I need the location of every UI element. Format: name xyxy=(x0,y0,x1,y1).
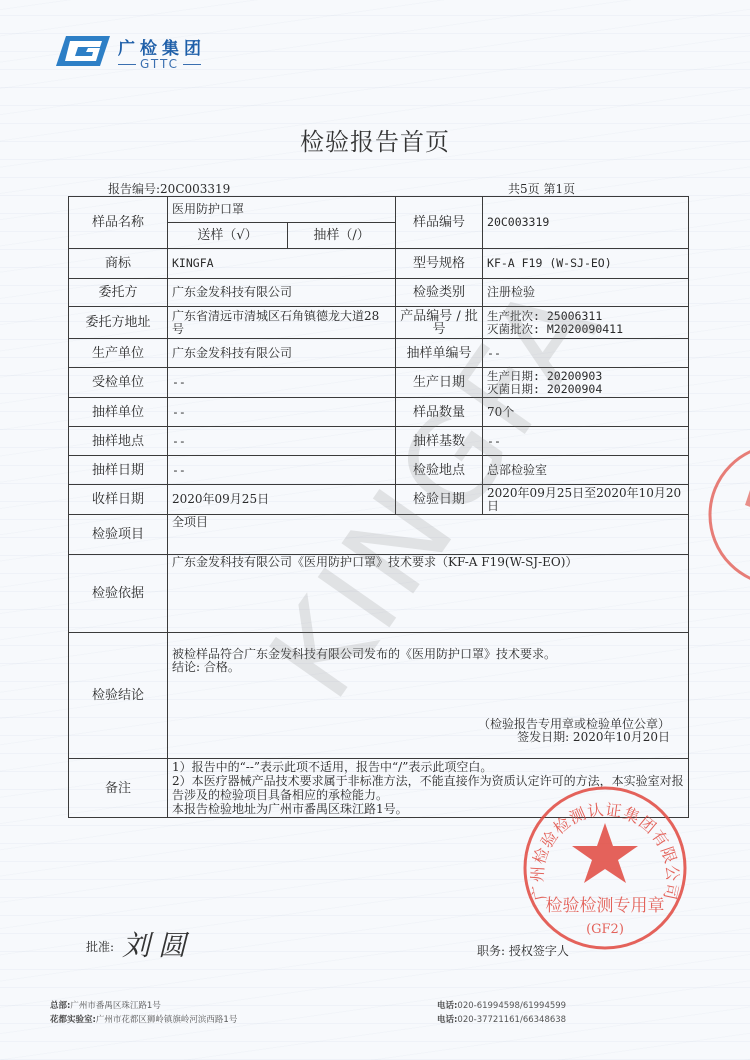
lab-tel-label: 电话: xyxy=(437,1015,457,1025)
lab-label: 花都实验室: xyxy=(50,1015,96,1025)
production-date-value: 生产日期: 20200903 灭菌日期: 20200904 xyxy=(483,368,689,398)
items-value: 全项目 xyxy=(168,515,689,555)
hq-tel: 020-61994598/61994599 xyxy=(457,1001,566,1011)
receive-date-label: 收样日期 xyxy=(69,485,168,515)
inspection-date-label: 检验日期 xyxy=(396,485,483,515)
trademark-value: KINGFA xyxy=(168,249,396,279)
partial-seal-stamp xyxy=(700,440,750,590)
sampling-place-value: -- xyxy=(168,427,396,456)
logo-chinese-name: 广检集团 xyxy=(118,34,206,59)
client-address-value: 广东省清远市清城区石角镇德龙大道28号 xyxy=(168,307,396,339)
hq-address: 广州市番禺区珠江路1号 xyxy=(70,1001,160,1011)
svg-text:(GF2): (GF2) xyxy=(586,922,624,937)
sample-no-label: 样品编号 xyxy=(396,197,483,249)
issue-date: 签发日期: 2020年10月20日 xyxy=(172,731,684,744)
footer-addresses: 总部:广州市番禺区珠江路1号 花都实验室:广州市花都区狮岭镇旗岭河滨西路1号 xyxy=(50,999,237,1027)
production-date-label: 生产日期 xyxy=(396,368,483,398)
gttc-logo: 广检集团 GTTC xyxy=(56,32,226,76)
model-label: 型号规格 xyxy=(396,249,483,279)
inspection-type-value: 注册检验 xyxy=(483,279,689,307)
sample-qty-value: 70个 xyxy=(483,398,689,427)
sampling-base-value: -- xyxy=(483,427,689,456)
client-value: 广东金发科技有限公司 xyxy=(168,279,396,307)
remark-item: 1）报告中的“--”表示此项不适用，报告中“/”表示此项空白。 xyxy=(172,760,684,774)
client-address-label: 委托方地址 xyxy=(69,307,168,339)
send-sample-option: 送样（√） xyxy=(168,223,288,249)
sampling-date-value: -- xyxy=(168,456,396,485)
seal-note: （检验报告专用章或检验单位公章） xyxy=(172,718,684,731)
sampling-place-label: 抽样地点 xyxy=(69,427,168,456)
signer-position: 职务: 授权签字人 xyxy=(477,942,569,959)
approve-label: 批准: xyxy=(86,938,114,955)
sampling-unit-value: -- xyxy=(168,398,396,427)
manufacturer-value: 广东金发科技有限公司 xyxy=(168,339,396,368)
inspection-type-label: 检验类别 xyxy=(396,279,483,307)
sample-qty-label: 样品数量 xyxy=(396,398,483,427)
report-table: 样品名称 医用防护口罩 样品编号 20C003319 送样（√） 抽样（/） 商… xyxy=(68,196,689,818)
sterilization-date: 灭菌日期: 20200904 xyxy=(487,383,684,396)
gttc-logo-icon xyxy=(56,34,110,68)
sample-no-value: 20C003319 xyxy=(483,197,689,249)
conclusion-value: 被检样品符合广东金发科技有限公司发布的《医用防护口罩》技术要求。 结论: 合格。… xyxy=(168,633,689,759)
inspection-place-value: 总部检验室 xyxy=(483,456,689,485)
sampling-no-value: -- xyxy=(483,339,689,368)
page-title: 检验报告首页 xyxy=(0,122,750,157)
model-value: KF-A F19 (W-SJ-EO) xyxy=(483,249,689,279)
svg-text:检验检测专用章: 检验检测专用章 xyxy=(546,895,665,916)
trademark-label: 商标 xyxy=(69,249,168,279)
draw-sample-option: 抽样（/） xyxy=(288,223,396,249)
batch-value: 生产批次: 25006311 灭菌批次: M2020090411 xyxy=(483,307,689,339)
sample-name-value: 医用防护口罩 xyxy=(168,197,396,223)
hq-tel-label: 电话: xyxy=(437,1001,457,1011)
client-label: 委托方 xyxy=(69,279,168,307)
basis-value: 广东金发科技有限公司《医用防护口罩》技术要求（KF-A F19(W-SJ-EO)… xyxy=(168,555,689,633)
report-number: 报告编号:20C003319 xyxy=(108,180,230,197)
remarks-label: 备注 xyxy=(69,759,168,818)
lab-tel: 020-37721161/66348638 xyxy=(457,1015,566,1025)
sampling-unit-label: 抽样单位 xyxy=(69,398,168,427)
page-count: 共5页 第1页 xyxy=(508,180,575,197)
manufacturer-label: 生产单位 xyxy=(69,339,168,368)
inspection-place-label: 检验地点 xyxy=(396,456,483,485)
sampling-base-label: 抽样基数 xyxy=(396,427,483,456)
lab-address: 广州市花都区狮岭镇旗岭河滨西路1号 xyxy=(96,1015,237,1025)
sampling-date-label: 抽样日期 xyxy=(69,456,168,485)
inspected-unit-label: 受检单位 xyxy=(69,368,168,398)
sampling-no-label: 抽样单编号 xyxy=(396,339,483,368)
footer-phones: 电话:020-61994598/61994599 电话:020-37721161… xyxy=(437,999,566,1027)
sterilization-batch: 灭菌批次: M2020090411 xyxy=(487,323,684,336)
production-date: 生产日期: 20200903 xyxy=(487,370,684,383)
inspected-unit-value: -- xyxy=(168,368,396,398)
conclusion-label: 检验结论 xyxy=(69,633,168,759)
inspection-date-value: 2020年09月25日至2020年10月20日 xyxy=(483,485,689,515)
logo-english-name: GTTC xyxy=(114,57,205,71)
approver-signature: 刘圆 xyxy=(122,924,194,964)
batch-label: 产品编号 / 批号 xyxy=(396,307,483,339)
hq-label: 总部: xyxy=(50,1001,70,1011)
report-number-value: 20C003319 xyxy=(160,182,230,196)
report-number-label: 报告编号: xyxy=(108,182,160,196)
receive-date-value: 2020年09月25日 xyxy=(168,485,396,515)
items-label: 检验项目 xyxy=(69,515,168,555)
sample-name-label: 样品名称 xyxy=(69,197,168,249)
conclusion-result: 结论: 合格。 xyxy=(172,661,684,674)
inspection-seal-stamp: 广州检验检测认证集团有限公司 检验检测专用章 (GF2) xyxy=(520,783,690,953)
basis-label: 检验依据 xyxy=(69,555,168,633)
production-batch: 生产批次: 25006311 xyxy=(487,310,684,323)
conclusion-text: 被检样品符合广东金发科技有限公司发布的《医用防护口罩》技术要求。 xyxy=(172,648,684,661)
